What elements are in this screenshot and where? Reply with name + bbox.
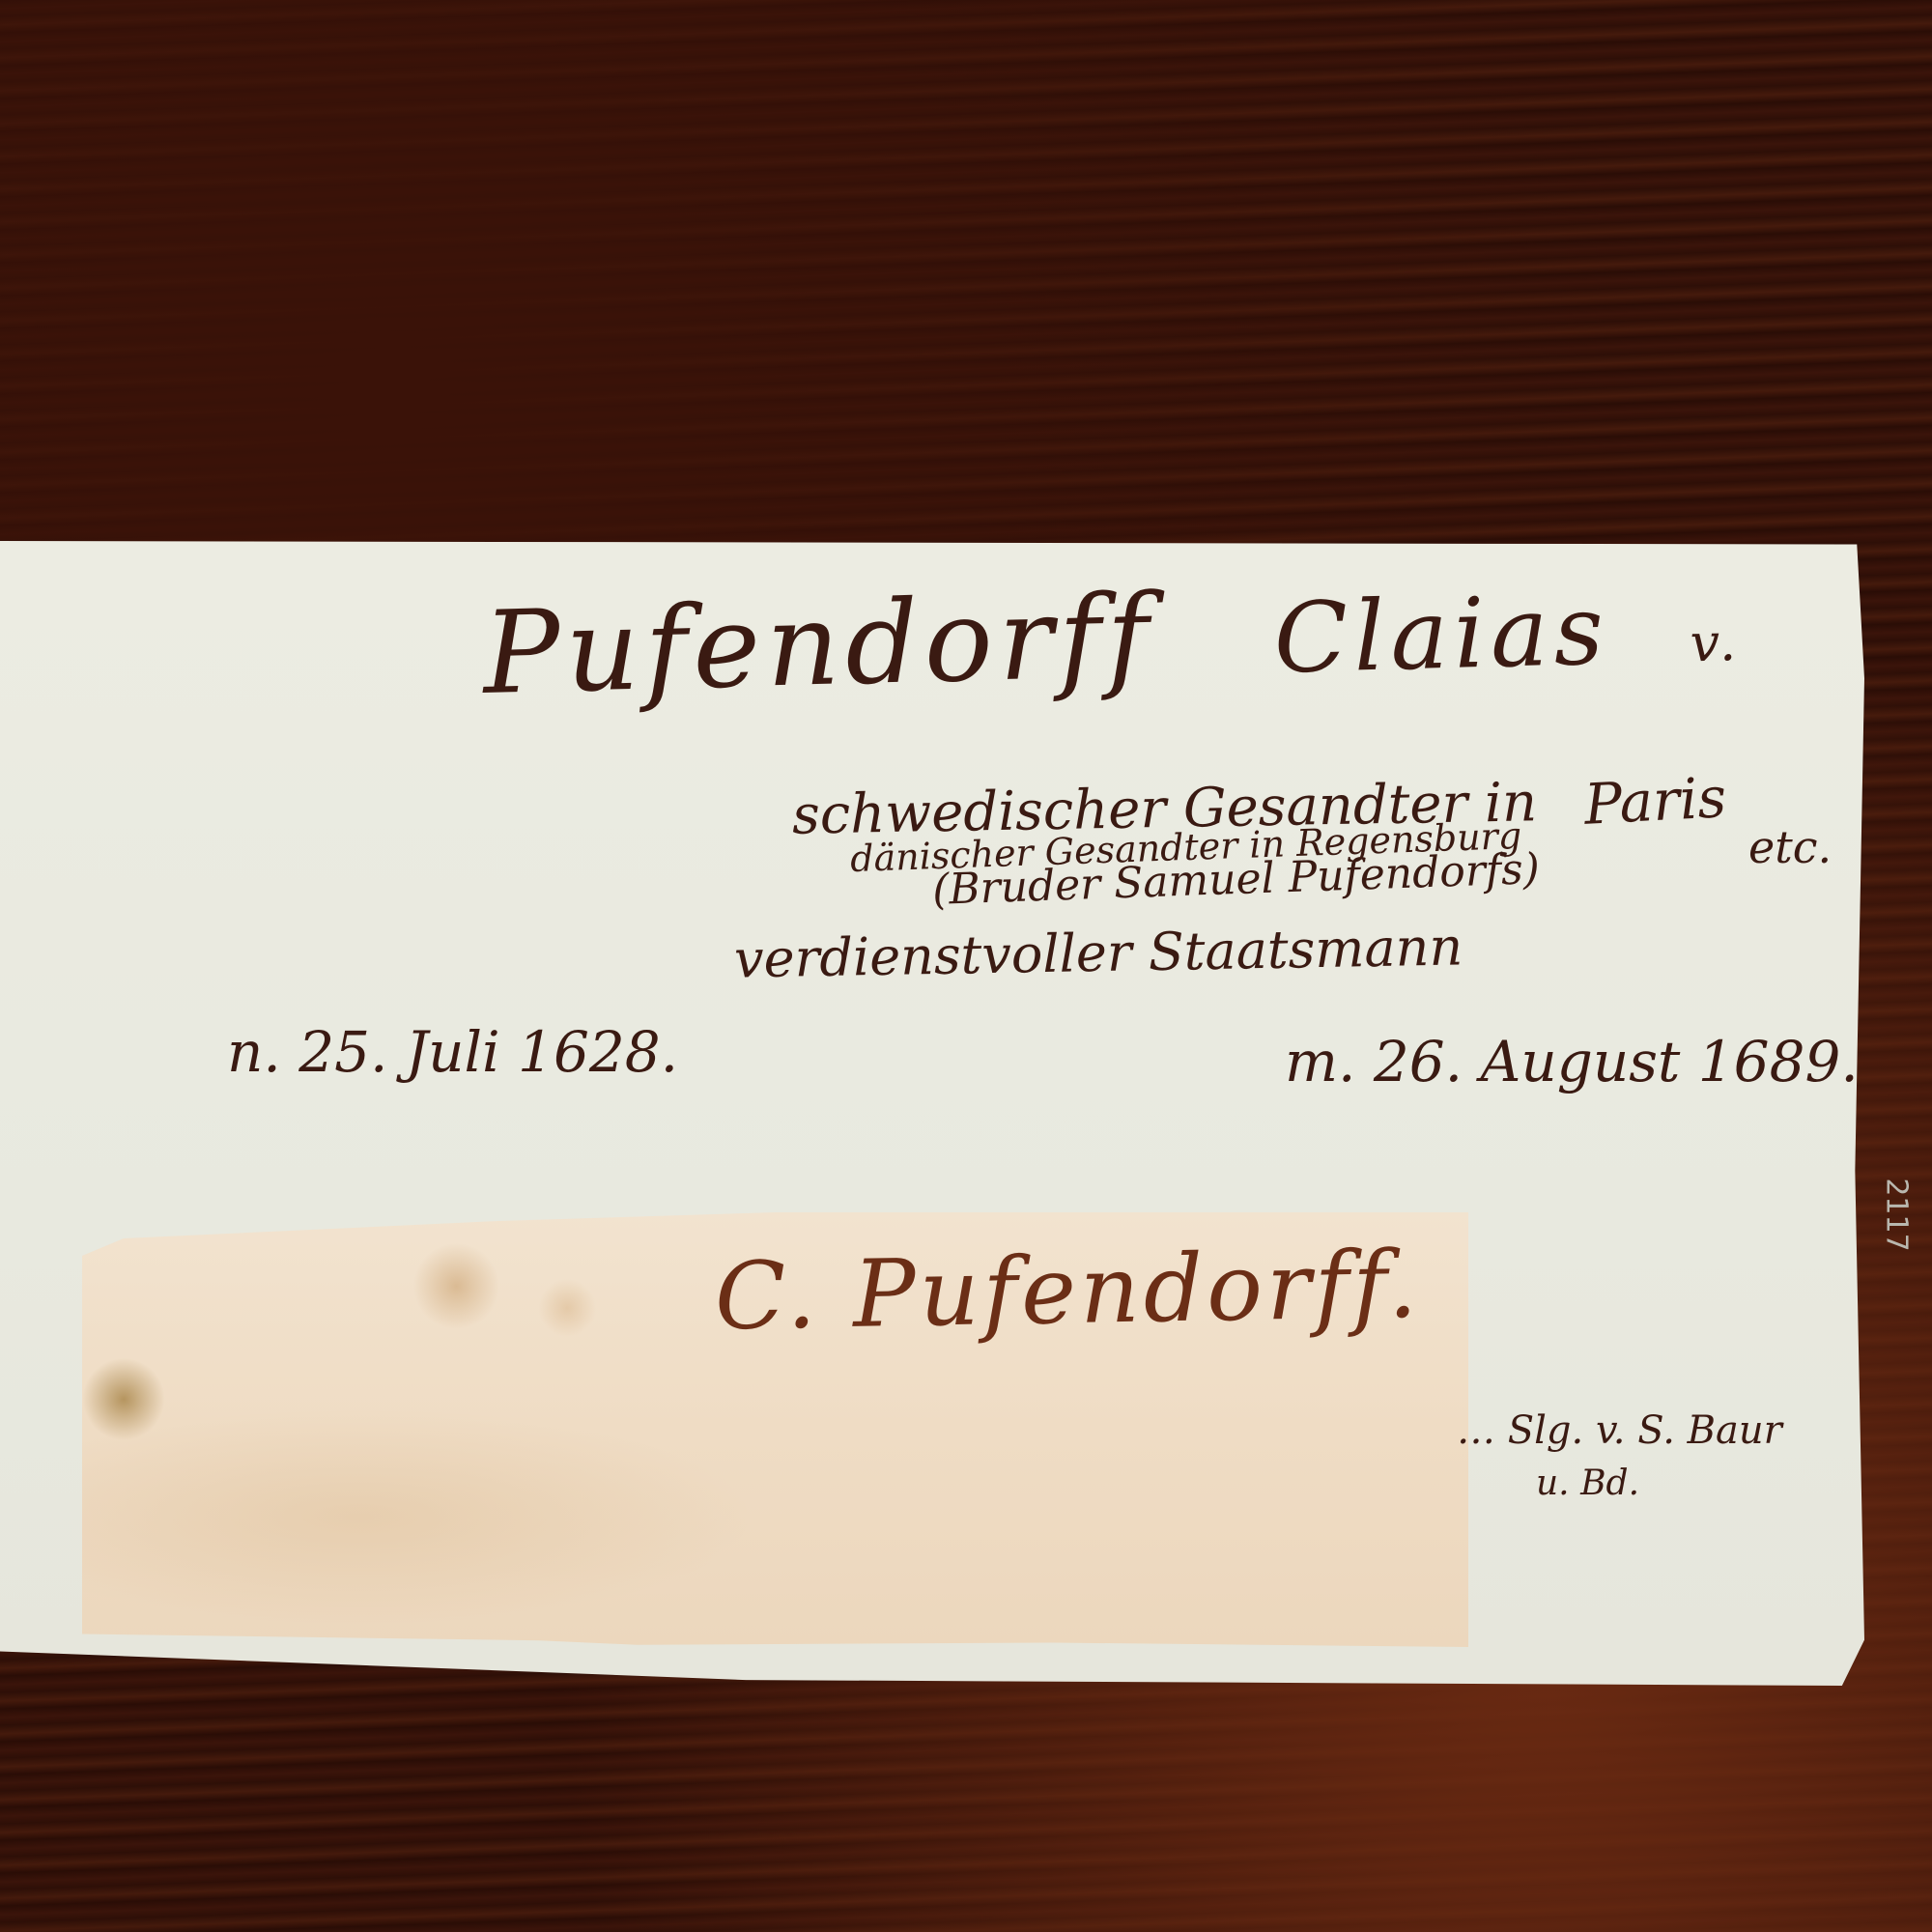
heading-surname: Pufendorff xyxy=(481,569,1156,720)
description-line: verdienstvoller Staatsmann xyxy=(734,916,1463,989)
birth-date: n. 25. Juli 1628. xyxy=(227,1019,678,1085)
provenance-line-2: u. Bd. xyxy=(1536,1463,1639,1503)
place-etc: etc. xyxy=(1748,821,1832,873)
autograph-signature: C. Pufendorff. xyxy=(714,1231,1422,1351)
heading-particle: v. xyxy=(1690,611,1743,673)
provenance-line-1: … Slg. v. S. Baur xyxy=(1457,1408,1782,1453)
pencil-inventory-note: 2117 xyxy=(1880,1178,1914,1251)
heading-given-name: Claias xyxy=(1272,574,1610,696)
death-date: m. 26. August 1689. xyxy=(1285,1029,1859,1094)
place-paris: Paris xyxy=(1582,764,1727,838)
